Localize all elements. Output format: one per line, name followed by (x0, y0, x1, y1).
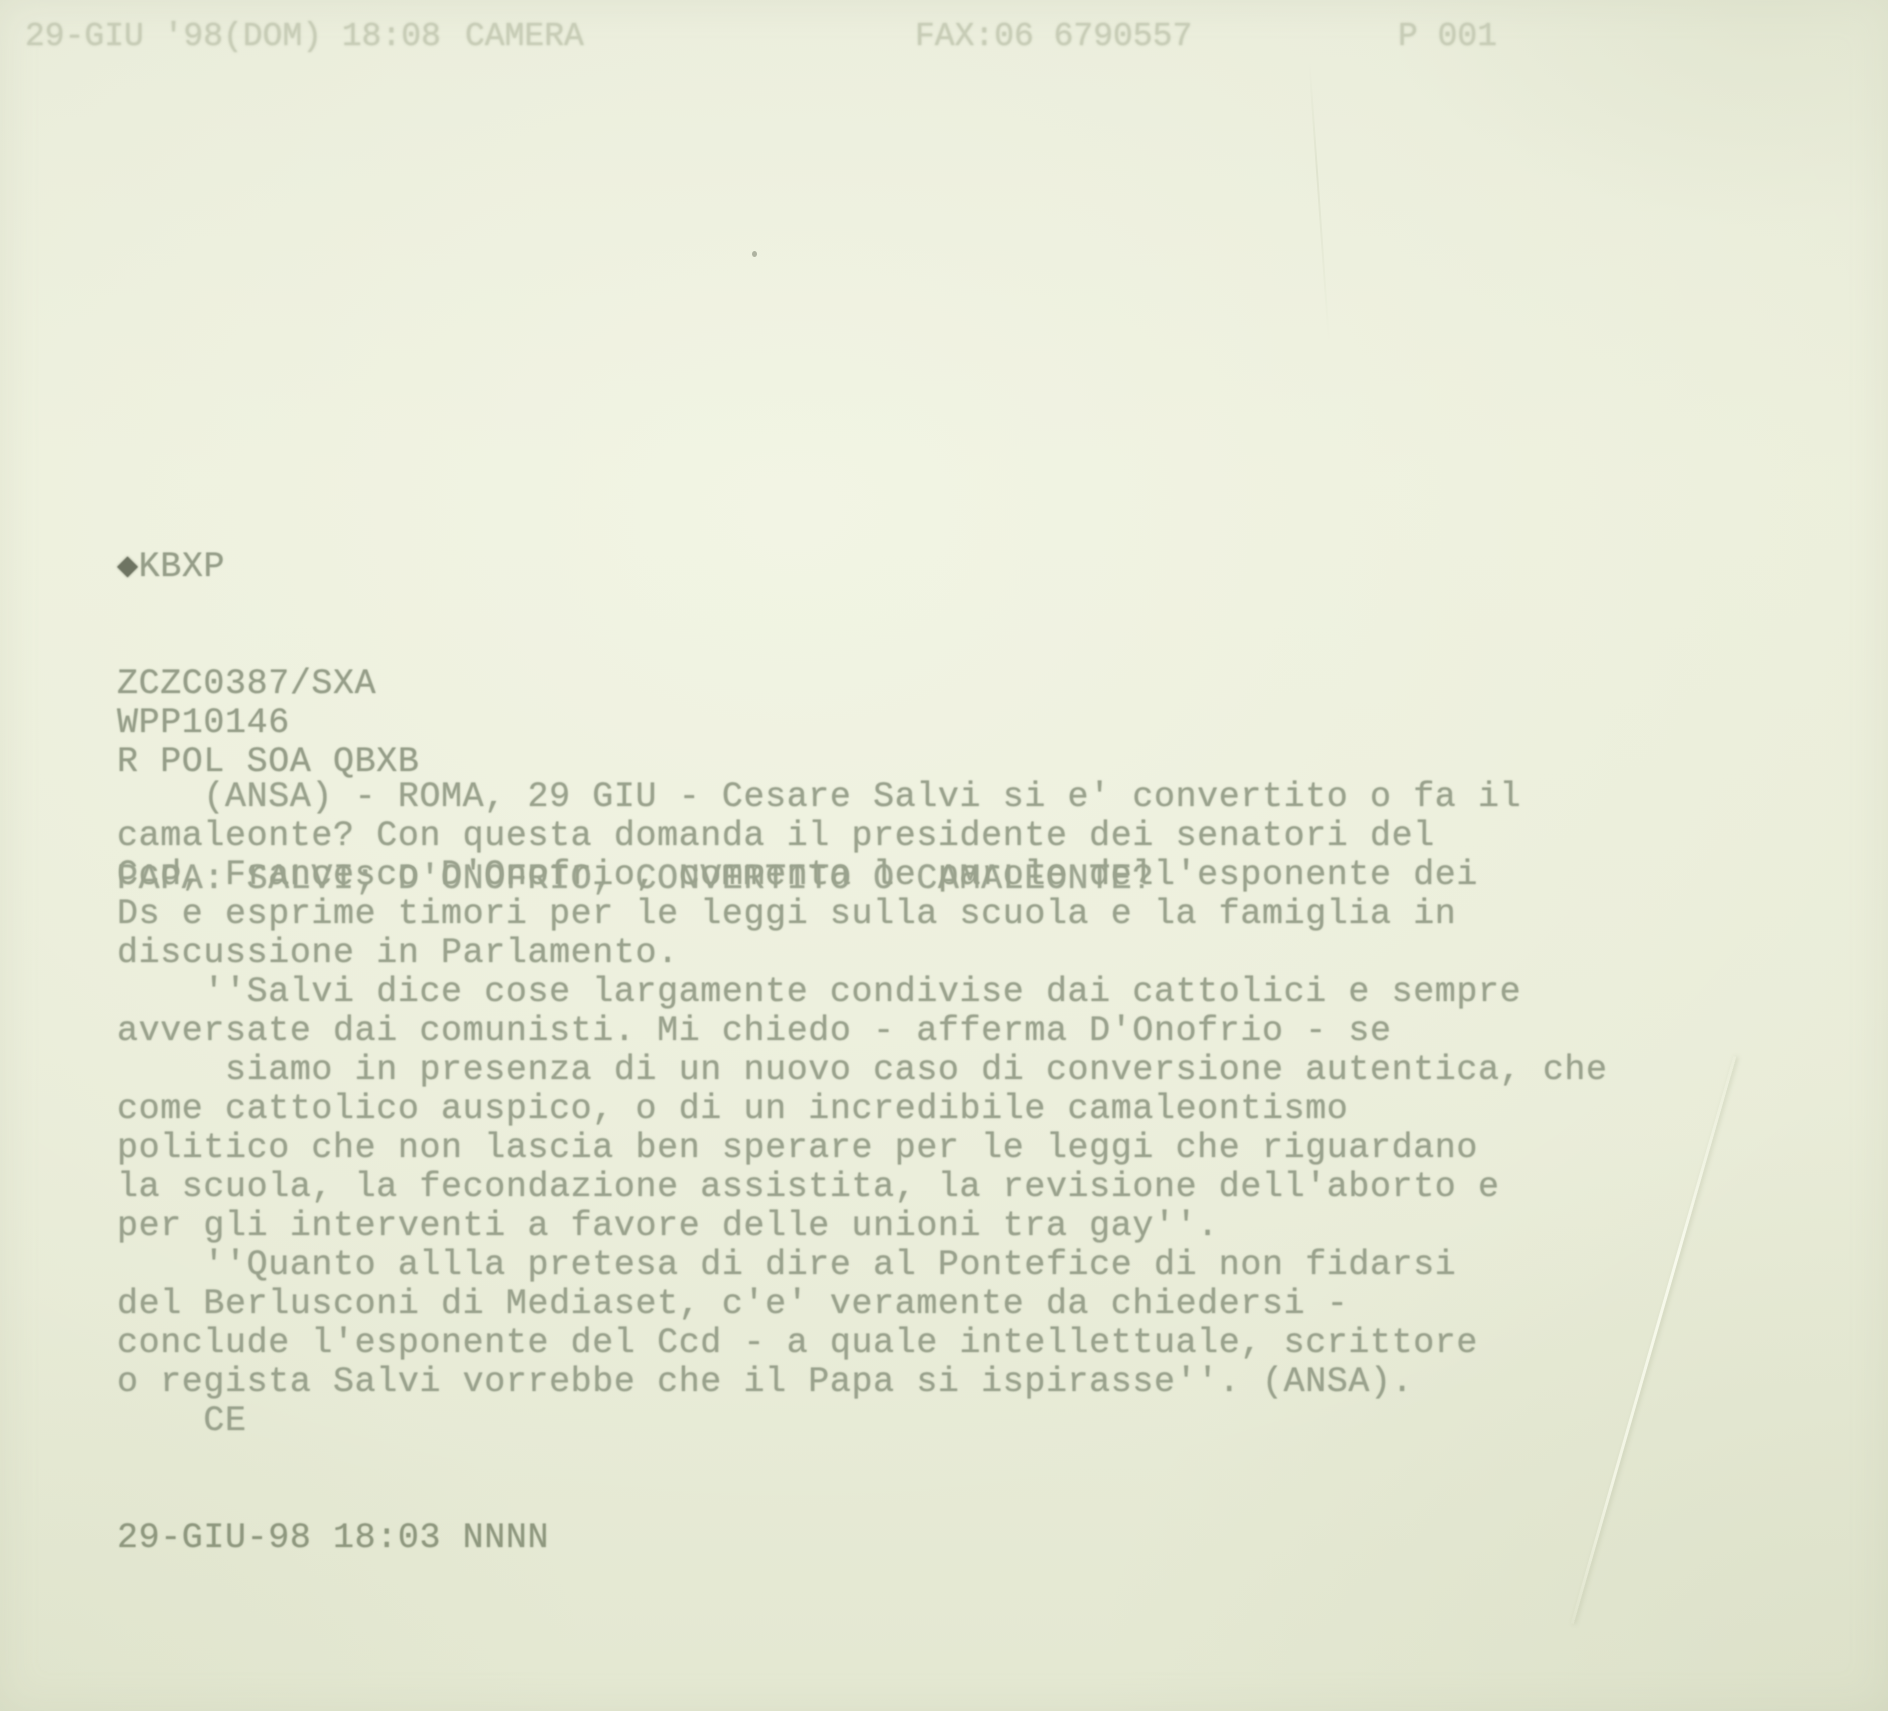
text-line: o regista Salvi vorrebbe che il Papa si … (117, 1363, 1608, 1402)
text-line: politico che non lascia ben sperare per … (117, 1129, 1608, 1168)
slug-line: ◆KBXP (117, 548, 1154, 587)
fax-header-page-number: P 001 (1398, 18, 1497, 55)
fax-header-fax-number: FAX:06 6790557 (915, 18, 1192, 55)
text-line: ''Salvi dice cose largamente condivise d… (117, 973, 1608, 1012)
body-lines: (ANSA) - ROMA, 29 GIU - Cesare Salvi si … (117, 778, 1608, 1441)
text-line: Ccd, Francesco D'Onofrio, commenta le pa… (117, 856, 1608, 895)
text-line: Ds e esprime timori per le leggi sulla s… (117, 895, 1608, 934)
text-line: conclude l'esponente del Ccd - a quale i… (117, 1324, 1608, 1363)
fax-header-datetime: 29-GIU '98(DOM) 18:08 (25, 18, 441, 55)
text-line: per gli interventi a favore delle unioni… (117, 1207, 1608, 1246)
diamond-marker-icon: ◆ (117, 547, 139, 587)
text-line: (ANSA) - ROMA, 29 GIU - Cesare Salvi si … (117, 778, 1608, 817)
text-line: ZCZC0387/SXA (117, 665, 1154, 704)
message-body: (ANSA) - ROMA, 29 GIU - Cesare Salvi si … (117, 700, 1608, 1636)
paper-speck (752, 251, 757, 257)
text-line: discussione in Parlamento. (117, 934, 1608, 973)
fax-scan-page: 29-GIU '98(DOM) 18:08 CAMERA FAX:06 6790… (0, 0, 1888, 1711)
text-line: del Berlusconi di Mediaset, c'e' veramen… (117, 1285, 1608, 1324)
text-line: siamo in presenza di un nuovo caso di co… (117, 1051, 1608, 1090)
text-line: come cattolico auspico, o di un incredib… (117, 1090, 1608, 1129)
message-footer-timestamp: 29-GIU-98 18:03 NNNN (117, 1519, 1608, 1558)
text-line: camaleonte? Con questa domanda il presid… (117, 817, 1608, 856)
text-line: avversate dai comunisti. Mi chiedo - aff… (117, 1012, 1608, 1051)
slug-text: KBXP (139, 547, 225, 587)
text-line: CE (117, 1402, 1608, 1441)
text-line: la scuola, la fecondazione assistita, la… (117, 1168, 1608, 1207)
fax-header-station: CAMERA (465, 18, 584, 55)
text-line: ''Quanto allla pretesa di dire al Pontef… (117, 1246, 1608, 1285)
